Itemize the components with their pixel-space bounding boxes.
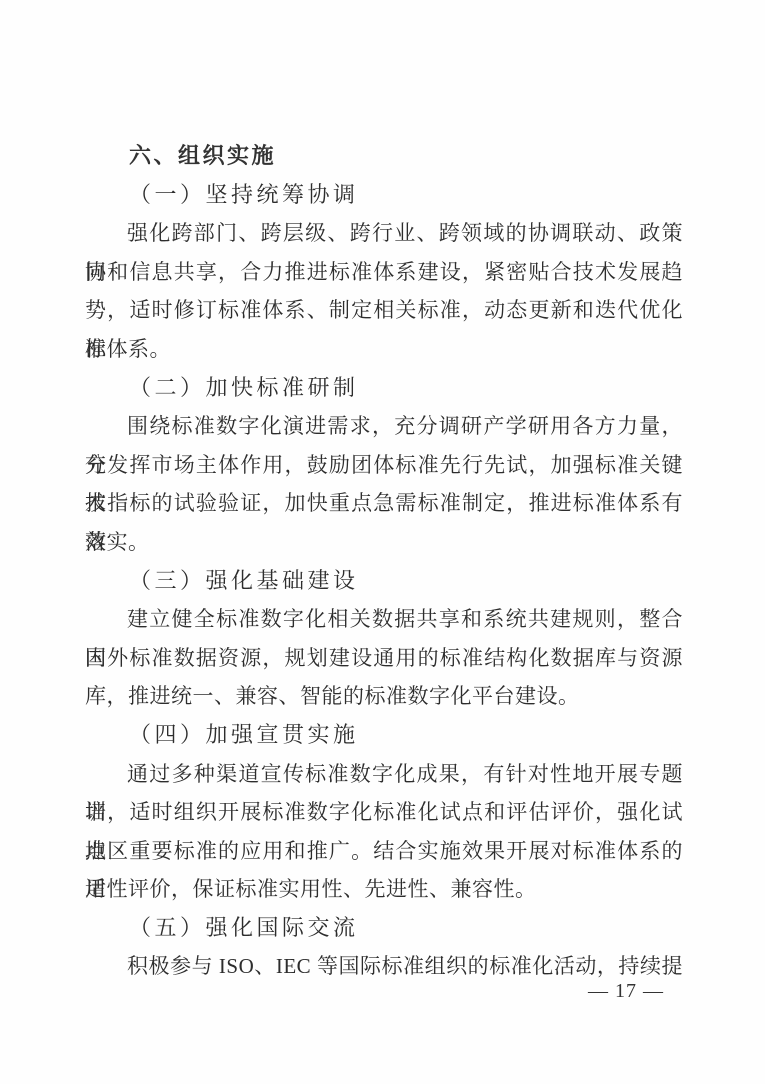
paragraph-line: 用性评价，保证标准实用性、先进性、兼容性。 [85, 870, 683, 909]
subsection-heading-3: （三）强化基础建设 [85, 562, 683, 601]
paragraph-line: 分发挥市场主体作用，鼓励团体标准先行先试，加强标准关键技 [85, 446, 683, 485]
paragraph-line: 势，适时修订标准体系、制定相关标准，动态更新和迭代优化标 [85, 291, 683, 330]
document-page: 六、组织实施 （一）坚持统筹协调 强化跨部门、跨层级、跨行业、跨领域的协调联动、… [0, 0, 765, 1084]
subsection-heading-2: （二）加快标准研制 [85, 369, 683, 408]
paragraph-line: 强化跨部门、跨层级、跨行业、跨领域的协调联动、政策协 [85, 214, 683, 253]
paragraph-line: 术指标的试验验证，加快重点急需标准制定，推进标准体系有效 [85, 484, 683, 523]
paragraph-line: 地区重要标准的应用和推广。结合实施效果开展对标准体系的适 [85, 832, 683, 871]
subsection-heading-5: （五）强化国际交流 [85, 909, 683, 948]
paragraph-line: 落实。 [85, 523, 683, 562]
document-body: 六、组织实施 （一）坚持统筹协调 强化跨部门、跨层级、跨行业、跨领域的协调联动、… [85, 137, 683, 986]
subsection-heading-1: （一）坚持统筹协调 [85, 176, 683, 215]
subsection-heading-4: （四）加强宣贯实施 [85, 716, 683, 755]
paragraph-line: 内外标准数据资源，规划建设通用的标准结构化数据库与资源 [85, 639, 683, 678]
paragraph-line: 围绕标准数字化演进需求，充分调研产学研用各方力量，充 [85, 407, 683, 446]
paragraph-line: 准体系。 [85, 330, 683, 369]
page-number: — 17 — [588, 979, 664, 1003]
paragraph-line: 同和信息共享，合力推进标准体系建设，紧密贴合技术发展趋 [85, 253, 683, 292]
paragraph-line: 训，适时组织开展标准数字化标准化试点和评估评价，强化试点 [85, 793, 683, 832]
paragraph-line: 通过多种渠道宣传标准数字化成果，有针对性地开展专题培 [85, 755, 683, 794]
paragraph-line: 库，推进统一、兼容、智能的标准数字化平台建设。 [85, 677, 683, 716]
section-heading: 六、组织实施 [85, 137, 683, 176]
paragraph-line: 建立健全标准数字化相关数据共享和系统共建规则，整合国 [85, 600, 683, 639]
